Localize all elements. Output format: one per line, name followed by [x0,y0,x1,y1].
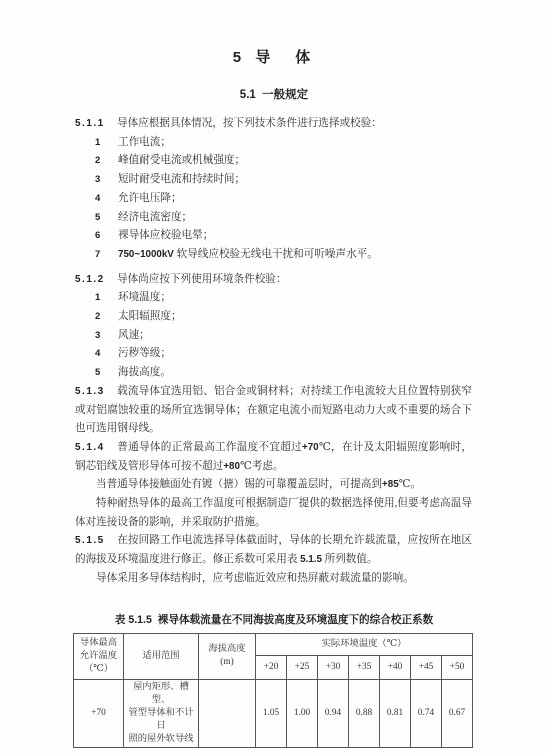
header-scope: 适用范围 [124,633,199,679]
header-temp: +50 [442,655,473,679]
cell-value: 1.00 [287,679,318,747]
document-page: 5 导 体 5.1 一般规定 5.1.1导体应根据具体情况，按下列技术条件进行选… [0,0,548,755]
header-ambient-group: 实际环境温度（℃） [256,633,473,655]
cell-value: 0.88 [349,679,380,747]
clause-number: 5.1.2 [75,271,117,290]
list-item: 6裸导体应校验电晕； [75,227,472,246]
item-number: 3 [95,171,118,190]
scope-line: 管型导体和不计日 [124,707,198,733]
header-line: 允许温度 [74,650,123,663]
clause-paragraph: 5.1.3载流导体宜选用铝、铝合金或铜材料；对持续工作电流较大且位置特别狭窄或对… [75,383,472,439]
table-row: +70 屋内矩形、槽型、 管型导体和不计日 照的屋外软导线 1.05 1.00 … [74,679,473,747]
inline-bold-value: +85 [382,479,399,490]
header-line: 海拔高度 [199,643,255,656]
cell-altitude [199,679,256,747]
header-temp: +20 [256,655,287,679]
clause-paragraph: 5.1.1导体应根据具体情况，按下列技术条件进行选择或校验： [75,115,472,134]
list-item: 7750~1000kV 软导线应校验无线电干扰和可听噪声水平。 [75,246,472,265]
list-item: 4污秽等级； [75,345,472,364]
cell-scope: 屋内矩形、槽型、 管型导体和不计日 照的屋外软导线 [124,679,199,747]
item-number: 4 [95,345,118,364]
chapter-title: 5 导 体 [0,0,548,67]
cell-max-temp: +70 [74,679,124,747]
inline-bold-value: +80 [223,461,240,472]
list-item: 1工作电流； [75,134,472,153]
table-title: 表 5.1.5 裸导体载流量在不同海拔高度及环境温度下的综合校正系数 [0,612,548,627]
clause-paragraph: 5.1.5在按回路工作电流选择导体截面时，导体的长期允许载流量，应按所在地区的海… [75,532,472,569]
clause-paragraph: 5.1.4普通导体的正常最高工作温度不宜超过+70℃，在计及太阳辐照度影响时，钢… [75,439,472,476]
item-number: 3 [95,327,118,346]
list-item: 3风速； [75,327,472,346]
scope-line: 屋内矩形、槽型、 [124,681,198,707]
cell-value: 0.74 [411,679,442,747]
item-number: 5 [95,364,118,383]
cell-value: 1.05 [256,679,287,747]
scope-line: 照的屋外软导线 [124,733,198,746]
clause-number: 5.1.3 [75,383,117,402]
clause-number: 5.1.4 [75,439,117,458]
item-number: 5 [95,209,118,228]
header-altitude: 海拔高度 (m) [199,633,256,679]
section-heading: 5.1 一般规定 [0,86,548,102]
item-number: 7 [95,246,118,265]
list-item: 4允许电压降； [75,190,472,209]
header-temp: +25 [287,655,318,679]
item-number: 2 [95,152,118,171]
header-line: 导体最高 [74,637,123,650]
list-item: 2峰值耐受电流或机械强度； [75,152,472,171]
header-line: （℃） [74,663,123,676]
header-temp: +40 [380,655,411,679]
item-number: 1 [95,289,118,308]
list-item: 1环境温度； [75,289,472,308]
cell-value: 0.94 [318,679,349,747]
correction-factor-table: 导体最高 允许温度 （℃） 适用范围 海拔高度 (m) 实际环境温度（℃） +2… [73,633,473,748]
list-item: 5经济电流密度； [75,209,472,228]
header-temp: +35 [349,655,380,679]
item-number: 6 [95,227,118,246]
clause-number: 5.1.1 [75,115,117,134]
inline-bold-value: +70 [302,442,319,453]
list-item: 5海拔高度。 [75,364,472,383]
item-number: 2 [95,308,118,327]
body-paragraph: 特种耐热导体的最高工作温度可根据制造厂提供的数据选择使用,但要考虑高温导体对连接… [75,495,472,532]
header-temp: +45 [411,655,442,679]
inline-bold-value: 750~1000kV [118,249,177,260]
body-paragraph: 导体采用多导体结构时，应考虑临近效应和热屏蔽对载流量的影响。 [75,570,472,589]
list-item: 3短时耐受电流和持续时间； [75,171,472,190]
list-item: 2太阳辐照度； [75,308,472,327]
header-max-temp: 导体最高 允许温度 （℃） [74,633,124,679]
header-line: (m) [199,656,255,669]
inline-bold-value: 5.1.5 [300,554,322,565]
item-number: 1 [95,134,118,153]
cell-value: 0.81 [380,679,411,747]
cell-value: 0.67 [442,679,473,747]
header-temp: +30 [318,655,349,679]
document-body: 5.1.1导体应根据具体情况，按下列技术条件进行选择或校验：1工作电流；2峰值耐… [75,115,472,589]
clause-paragraph: 5.1.2导体尚应按下列使用环境条件校验： [75,271,472,290]
clause-number: 5.1.5 [75,532,117,551]
body-paragraph: 当普通导体接触面处有镀（搪）锡的可靠覆盖层时，可提高到+85℃。 [75,476,472,495]
item-number: 4 [95,190,118,209]
